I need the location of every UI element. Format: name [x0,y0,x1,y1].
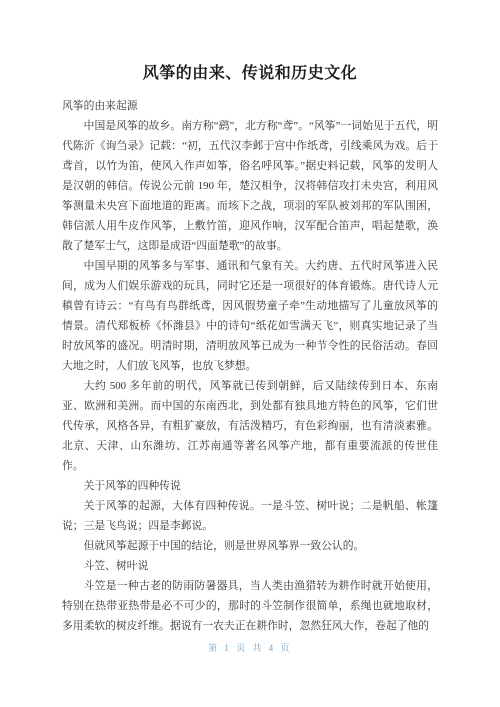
page-footer: 第 1 页 共 4 页 [0,641,500,655]
paragraph: 关于风筝的起源，大体有四种传说。一是斗笠、树叶说；二是帆船、帐篷说；三是飞鸟说；… [62,496,438,536]
section-heading: 风筝的由来起源 [62,96,438,116]
subsection-heading: 斗笠、树叶说 [62,556,438,576]
document-body: 风筝的由来起源 中国是风筝的故乡。南方称“鹞”，北方称“鸢”。“风筝”一词始见于… [62,96,438,636]
paragraph: 中国是风筝的故乡。南方称“鹞”，北方称“鸢”。“风筝”一词始见于五代，明代陈沂《… [62,116,438,256]
paragraph: 斗笠是一种古老的防雨防暑器具，当人类由渔猎转为耕作时就开始使用，特别在热带亚热带… [62,576,438,636]
page-title: 风筝的由来、传说和历史文化 [0,0,500,96]
paragraph: 大约 500 多年前的明代，风筝就已传到朝鲜，后又陆续传到日本、东南亚、欧洲和美… [62,376,438,476]
paragraph: 但就风筝起源于中国的结论，则是世界风筝界一致公认的。 [62,536,438,556]
document-page: 风筝的由来、传说和历史文化 风筝的由来起源 中国是风筝的故乡。南方称“鹞”，北方… [0,0,500,707]
subsection-heading: 关于风筝的四种传说 [62,476,438,496]
paragraph: 中国早期的风筝多与军事、通讯和气象有关。大约唐、五代时风筝进入民间，成为人们娱乐… [62,256,438,376]
page-number-label: 第 1 页 共 4 页 [208,643,292,653]
